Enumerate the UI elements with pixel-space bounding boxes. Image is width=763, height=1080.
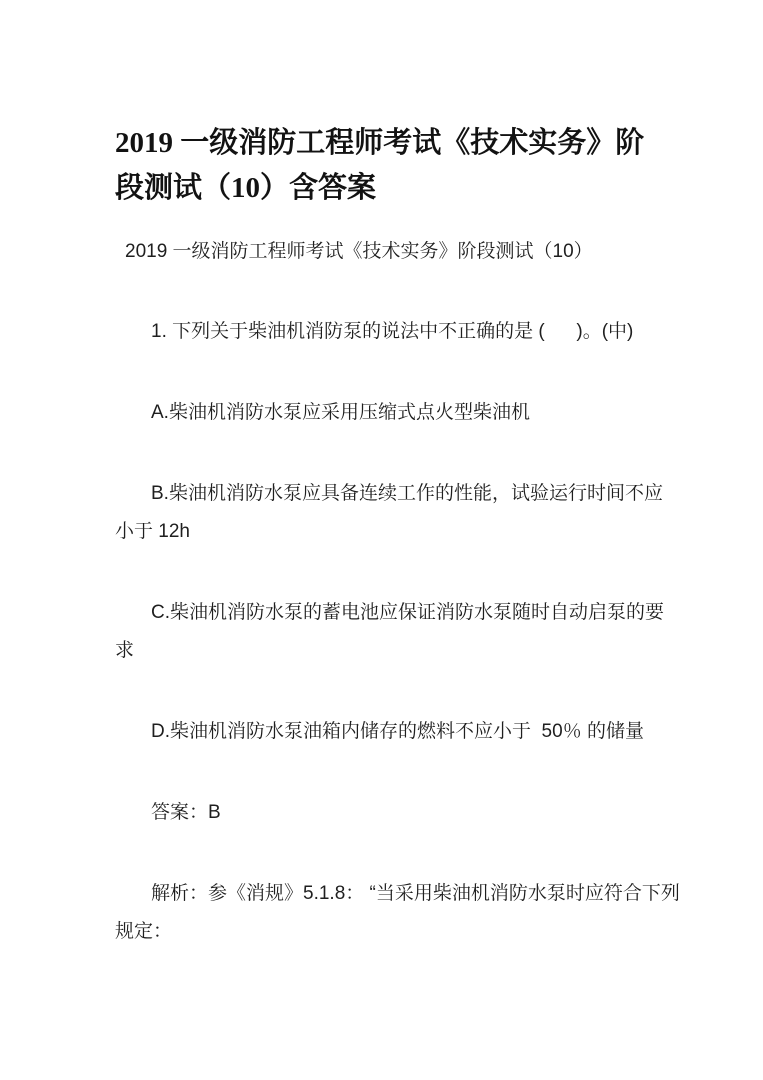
analysis-paragraph: 解析：参《消规》5.1.8： “当采用柴油机消防水泵时应符合下列 规定： [115, 875, 665, 951]
option-c-line-1: C.柴油机消防水泵的蓄电池应保证消防水泵随时自动启泵的要 [115, 594, 665, 632]
option-b-line-2: 小于 12h [115, 513, 665, 551]
option-b: B.柴油机消防水泵应具备连续工作的性能，试验运行时间不应 小于 12h [115, 475, 665, 551]
document-title-line-2: 段测试（10）含答案 [115, 166, 665, 211]
document-page: 2019 一级消防工程师考试《技术实务》阶 段测试（10）含答案 2019 一级… [0, 0, 763, 1080]
answer-text: 答案：B [115, 794, 665, 832]
analysis-line-1: 解析：参《消规》5.1.8： “当采用柴油机消防水泵时应符合下列 [115, 875, 665, 913]
question-1: 1. 下列关于柴油机消防泵的说法中不正确的是 ( )。(中) [115, 313, 665, 351]
document-subtitle: 2019 一级消防工程师考试《技术实务》阶段测试（10） [115, 233, 665, 271]
document-title: 2019 一级消防工程师考试《技术实务》阶 段测试（10）含答案 [115, 121, 665, 211]
option-d-line-1: D.柴油机消防水泵油箱内储存的燃料不应小于 50％ 的储量 [115, 713, 665, 751]
option-c: C.柴油机消防水泵的蓄电池应保证消防水泵随时自动启泵的要 求 [115, 594, 665, 670]
option-b-line-1: B.柴油机消防水泵应具备连续工作的性能，试验运行时间不应 [115, 475, 665, 513]
option-a: A.柴油机消防水泵应采用压缩式点火型柴油机 [115, 394, 665, 432]
option-a-line-1: A.柴油机消防水泵应采用压缩式点火型柴油机 [115, 394, 665, 432]
analysis-line-2: 规定： [115, 913, 665, 951]
answer-line: 答案：B [115, 794, 665, 832]
option-d: D.柴油机消防水泵油箱内储存的燃料不应小于 50％ 的储量 [115, 713, 665, 751]
document-content: 2019 一级消防工程师考试《技术实务》阶 段测试（10）含答案 2019 一级… [0, 0, 763, 951]
document-title-line-1: 2019 一级消防工程师考试《技术实务》阶 [115, 121, 665, 166]
question-1-text: 1. 下列关于柴油机消防泵的说法中不正确的是 ( )。(中) [115, 313, 665, 351]
option-c-line-2: 求 [115, 632, 665, 670]
